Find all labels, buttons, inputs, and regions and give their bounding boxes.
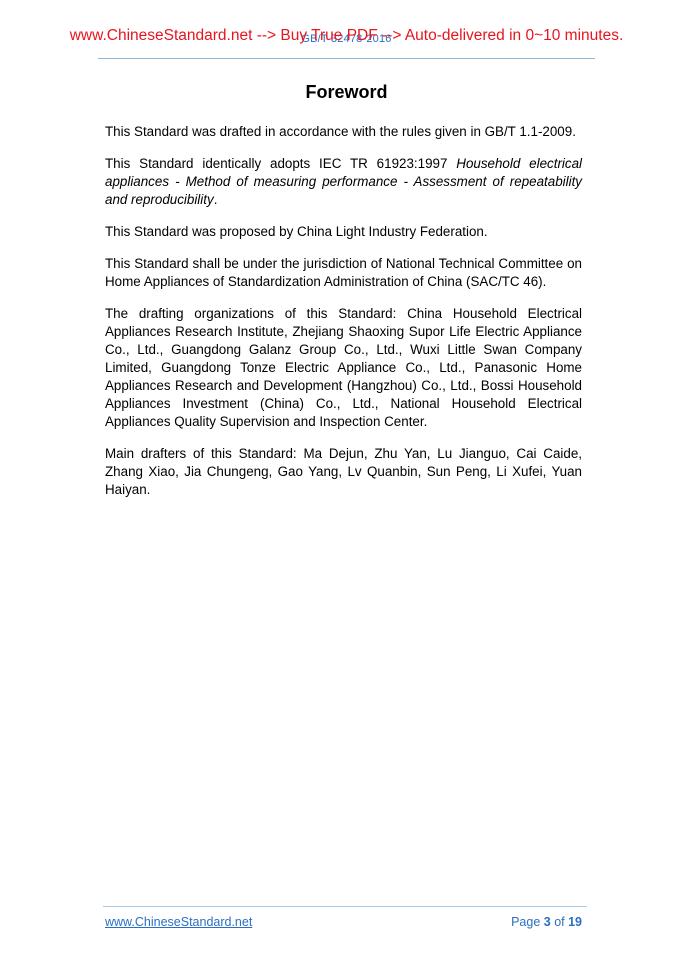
paragraph-jurisdiction: This Standard shall be under the jurisdi… bbox=[105, 255, 582, 291]
footer-divider bbox=[103, 906, 587, 907]
paragraph-adoption: This Standard identically adopts IEC TR … bbox=[105, 155, 582, 209]
total-pages: 19 bbox=[568, 915, 582, 929]
page-label: Page bbox=[511, 915, 544, 929]
page-title: Foreword bbox=[0, 82, 693, 103]
adoption-text: This Standard identically adopts IEC TR … bbox=[105, 156, 456, 171]
paragraph-proposer: This Standard was proposed by China Ligh… bbox=[105, 223, 582, 241]
page-of-label: of bbox=[551, 915, 568, 929]
adoption-suffix: . bbox=[214, 192, 218, 207]
page-number: Page 3 of 19 bbox=[511, 915, 582, 929]
footer-website-link[interactable]: www.ChineseStandard.net bbox=[105, 915, 252, 929]
paragraph-main-drafters: Main drafters of this Standard: Ma Dejun… bbox=[105, 445, 582, 499]
watermark-banner: www.ChineseStandard.net --> Buy True PDF… bbox=[0, 27, 693, 45]
header-divider bbox=[98, 58, 595, 59]
current-page: 3 bbox=[544, 915, 551, 929]
foreword-body: This Standard was drafted in accordance … bbox=[105, 123, 582, 513]
paragraph-drafting-rules: This Standard was drafted in accordance … bbox=[105, 123, 582, 141]
paragraph-drafting-organizations: The drafting organizations of this Stand… bbox=[105, 305, 582, 431]
